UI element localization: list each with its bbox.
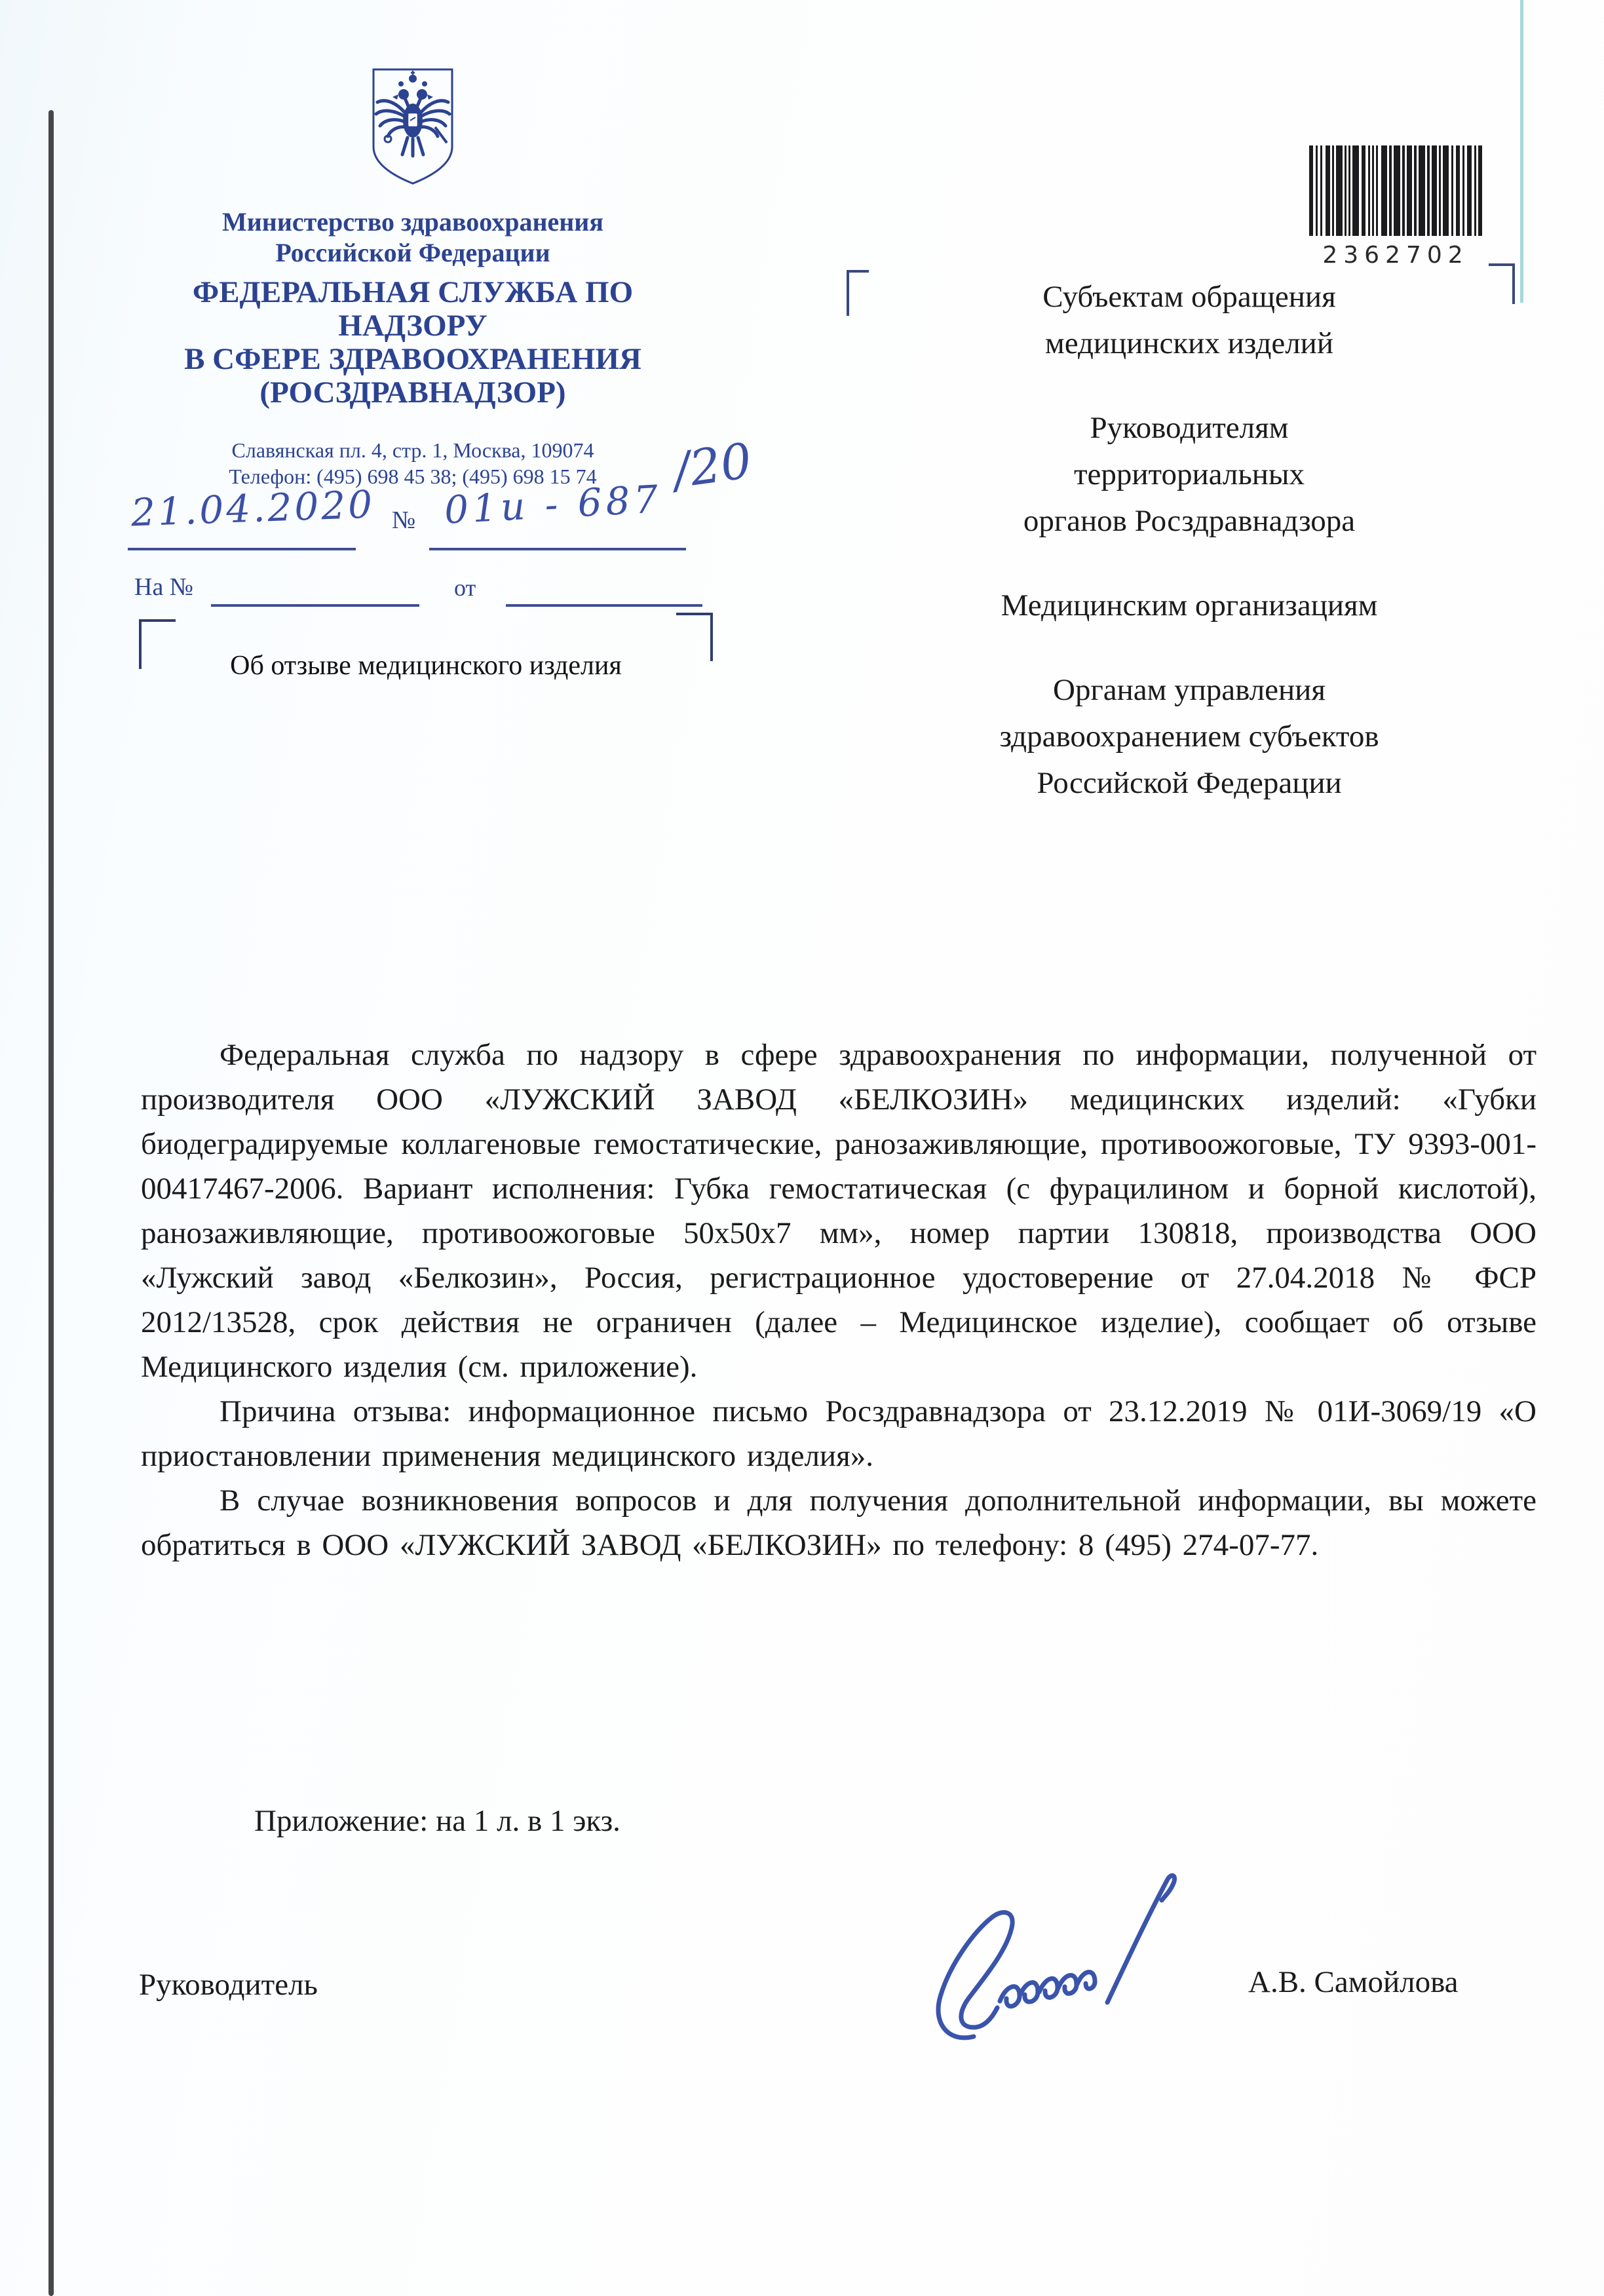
body-paragraph: Федеральная служба по надзору в сфере зд… <box>141 1033 1537 1389</box>
date-underline <box>128 548 356 550</box>
ministry-name-line1: Министерство здравоохранения <box>124 206 701 237</box>
recipient-group: Медицинским организациям <box>878 583 1500 629</box>
recipient-group: Субъектам обращения медицинских изделий <box>878 274 1500 367</box>
recipient-line: Российской Федерации <box>878 760 1500 807</box>
ministry-name-line2: Российской Федерации <box>124 237 701 268</box>
letterhead-address: Славянская пл. 4, стр. 1, Москва, 109074 <box>124 437 701 463</box>
attachment-line: Приложение: на 1 л. в 1 экз. <box>254 1803 621 1839</box>
address-frame-bracket-right-top <box>1489 263 1515 266</box>
address-frame-bracket-left-top <box>847 270 869 273</box>
body-paragraph: В случае возникновения вопросов и для по… <box>141 1478 1537 1567</box>
recipient-line: Медицинским организациям <box>878 583 1500 629</box>
reply-from-label: от <box>454 574 476 602</box>
scan-edge-shadow <box>48 110 54 2296</box>
subject-line: Об отзыве медицинского изделия <box>151 650 701 681</box>
barcode-bars <box>1309 145 1482 236</box>
handwritten-date: 21.04.2020 <box>130 482 375 535</box>
recipients-block: Субъектам обращения медицинских изделий … <box>878 274 1500 845</box>
signer-title: Руководитель <box>139 1967 318 2002</box>
letterhead: Министерство здравоохранения Российской … <box>124 64 701 489</box>
service-name-line3: (РОСЗДРАВНАДЗОР) <box>124 376 701 410</box>
body-paragraph: Причина отзыва: информационное письмо Ро… <box>141 1389 1537 1478</box>
signer-name: А.В. Самойлова <box>1248 1964 1459 2000</box>
recipient-line: Руководителям <box>878 405 1500 451</box>
service-name-line2: В СФЕРЕ ЗДРАВООХРАНЕНИЯ <box>124 343 701 376</box>
russia-coat-of-arms-icon <box>367 64 459 192</box>
reply-number-underline <box>211 604 419 607</box>
service-name-line1: ФЕДЕРАЛЬНАЯ СЛУЖБА ПО НАДЗОРУ <box>124 276 701 343</box>
reply-number-label: На № <box>134 573 193 602</box>
recipient-group: Руководителям территориальных органов Ро… <box>878 405 1500 545</box>
recipient-group: Органам управления здравоохранением субъ… <box>878 667 1500 807</box>
registration-barcode: 2362702 <box>1309 145 1482 269</box>
scan-teal-artifact-line <box>1520 0 1523 303</box>
address-frame-bracket-left-side <box>847 270 849 316</box>
recipient-line: здравоохранением субъектов <box>878 714 1500 760</box>
handwritten-number-suffix: /20 <box>670 432 755 499</box>
letter-body: Федеральная служба по надзору в сфере зд… <box>141 1033 1537 1567</box>
handwritten-signature <box>911 1861 1265 2051</box>
recipient-line: Субъектам обращения <box>878 274 1500 320</box>
address-frame-bracket-right-side <box>1512 263 1515 304</box>
recipient-line: территориальных <box>878 451 1500 498</box>
barcode-number: 2362702 <box>1309 242 1482 269</box>
number-underline <box>429 548 686 550</box>
recipient-line: органов Росздравнадзора <box>878 498 1500 545</box>
reply-date-underline <box>506 604 702 607</box>
number-sign: № <box>392 506 415 535</box>
scanned-letter-page: Министерство здравоохранения Российской … <box>0 0 1604 2296</box>
recipient-line: Органам управления <box>878 667 1500 714</box>
recipient-line: медицинских изделий <box>878 320 1500 367</box>
